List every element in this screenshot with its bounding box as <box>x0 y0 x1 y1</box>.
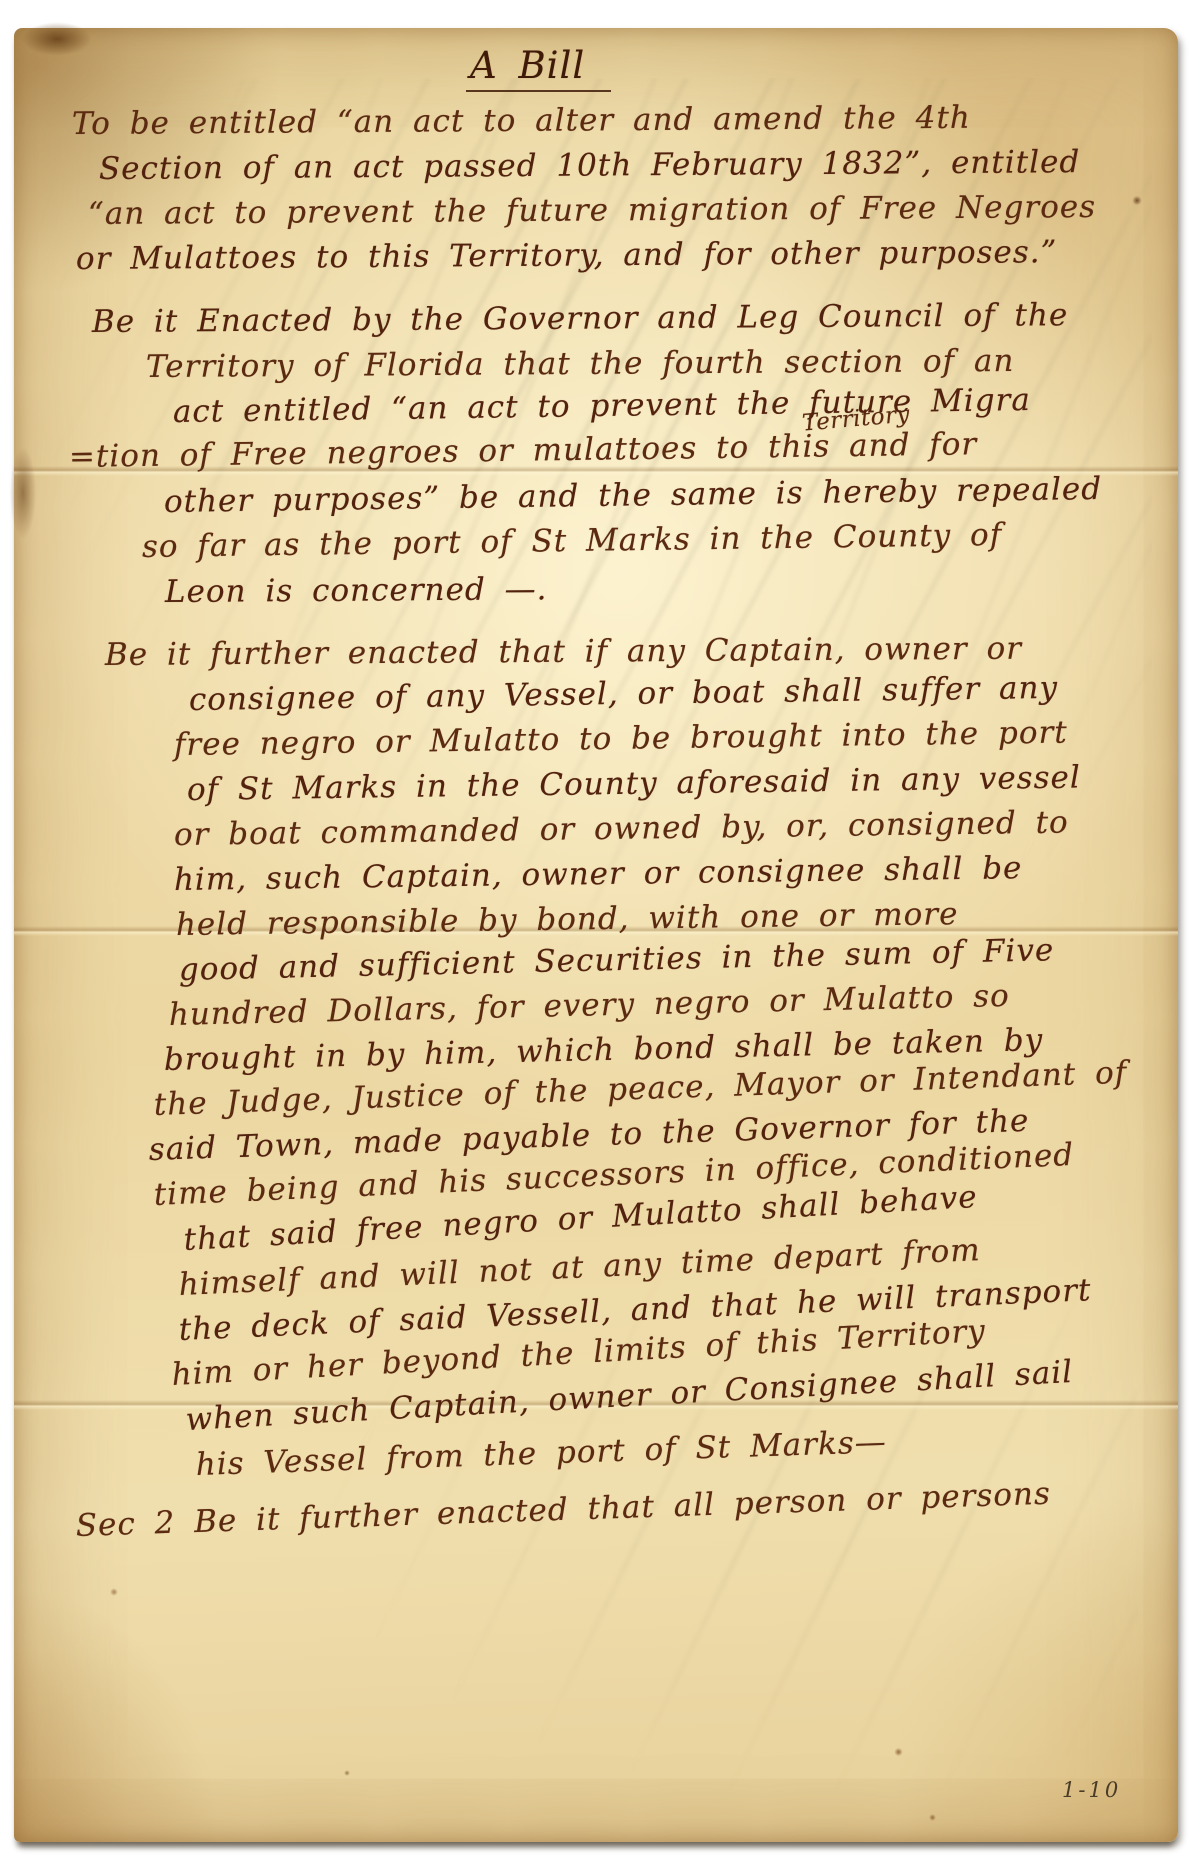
bond-clause-paragraph: Be it further enacted that if any Captai… <box>14 633 1178 1488</box>
title-clause-paragraph: To be entitled “an act to alter and amen… <box>14 102 1178 282</box>
section-1-paragraph: Territory Be it Enacted by the Governor … <box>14 300 1178 615</box>
manuscript-page: A Bill To be entitled “an act to alter a… <box>14 28 1178 1842</box>
text-line: To be entitled “an act to alter and amen… <box>72 94 1178 147</box>
paper-stain <box>344 1770 350 1776</box>
handwritten-text: A Bill To be entitled “an act to alter a… <box>14 40 1178 1549</box>
text-line: or Mulattoes to this Territory, and for … <box>76 229 1178 282</box>
text-line: Section of an act passed 10th February 1… <box>99 139 1178 192</box>
text-line: “an act to prevent the future migration … <box>88 184 1178 237</box>
page-number: 1-10 <box>1062 1778 1121 1802</box>
paper-stain <box>929 1814 936 1821</box>
paper-stain <box>894 1748 903 1756</box>
text-line: Be it Enacted by the Governor and Leg Co… <box>92 292 1178 345</box>
section-2-paragraph: Sec 2 Be it further enacted that all per… <box>14 1504 1178 1549</box>
document-title: A Bill <box>466 40 1178 92</box>
paper-stain <box>110 1588 118 1596</box>
text-line: Leon is concerned —. <box>165 563 1178 615</box>
